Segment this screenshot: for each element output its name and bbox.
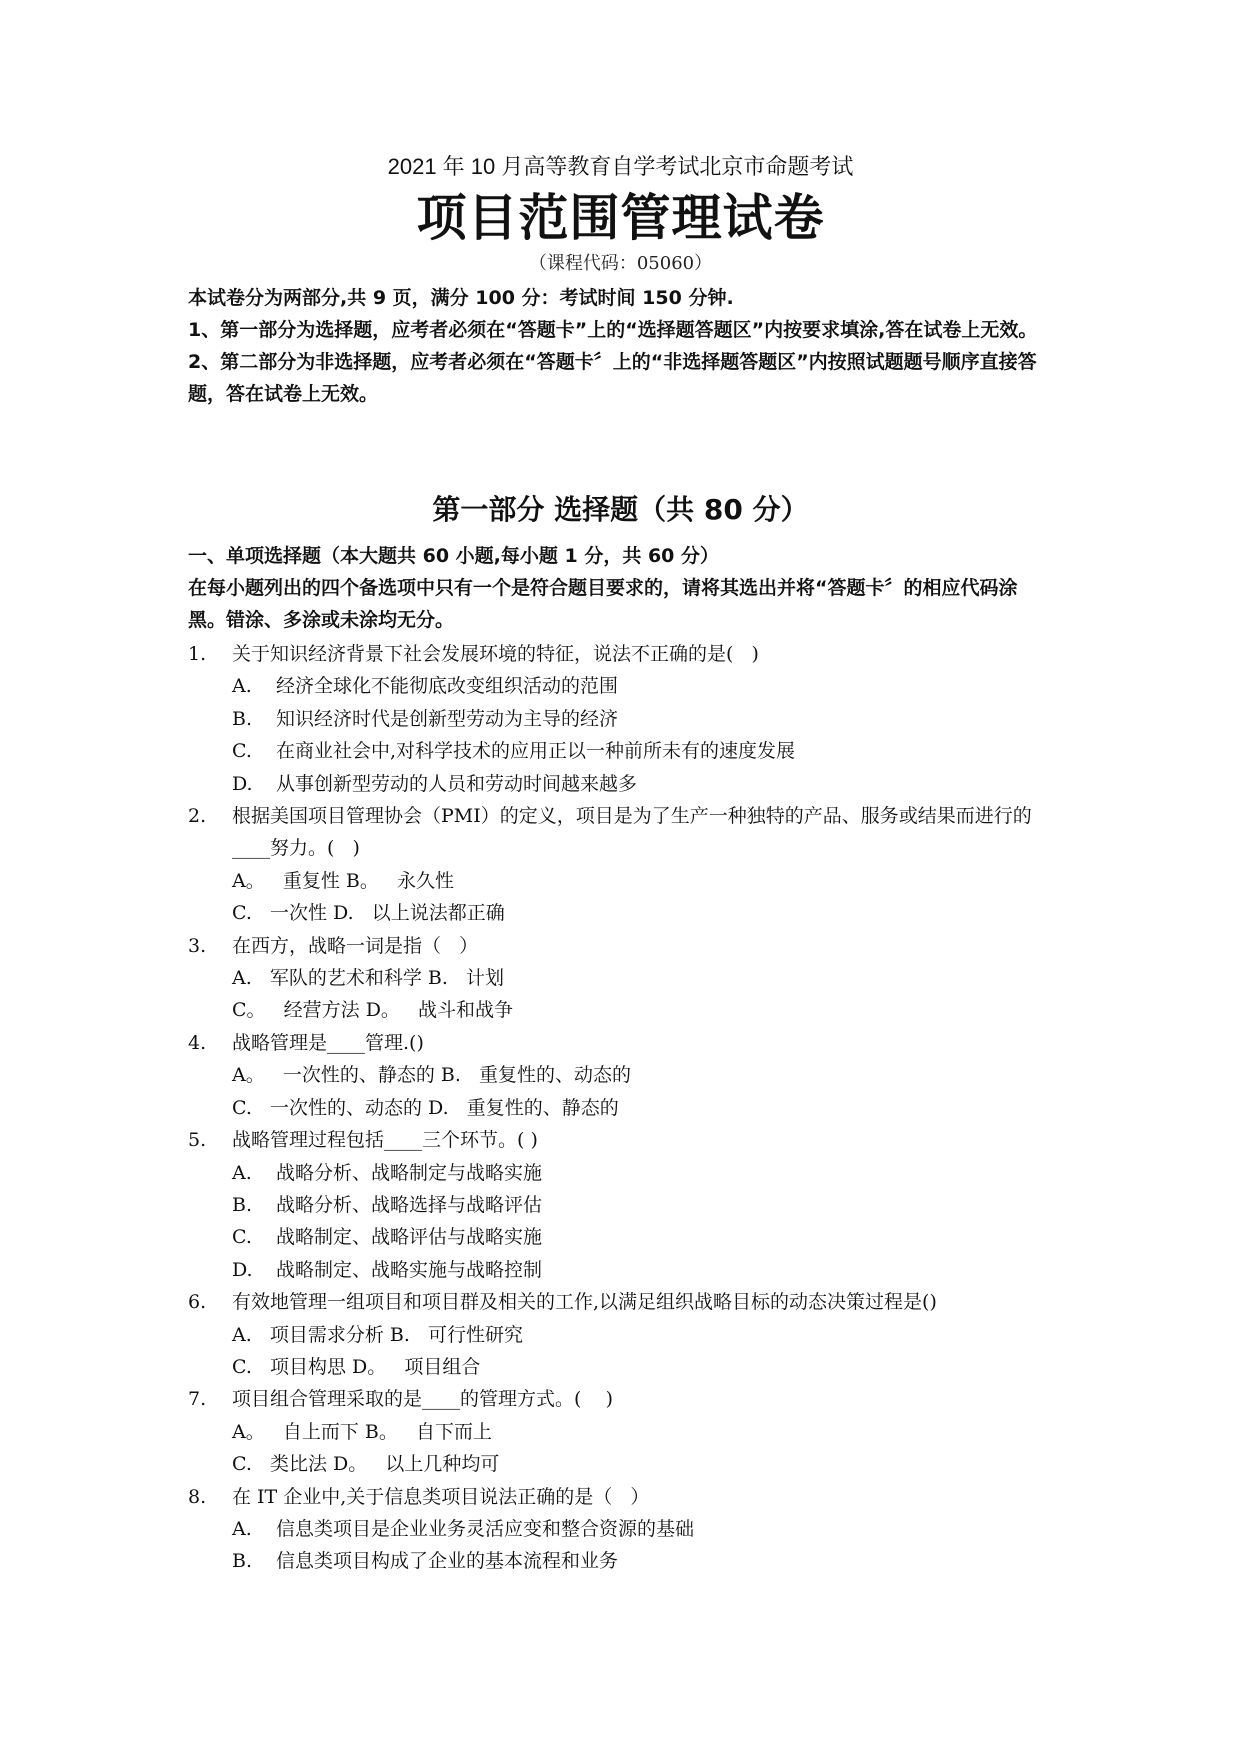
question-text: 关于知识经济背景下社会发展环境的特征，说法不正确的是( ) xyxy=(232,638,1048,670)
instruction-part-two: 2、第二部分为非选择题，应考者必须在“答题卡〞上的“非选择题答题区”内按照试题题… xyxy=(188,346,1048,410)
course-code: （课程代码：05060） xyxy=(0,250,1241,278)
option-letter: A. xyxy=(232,1513,276,1545)
section-note: 在每小题列出的四个备选项中只有一个是符合题目要求的，请将其选出并将“答题卡〞的相… xyxy=(188,572,1048,636)
option-letter: D. xyxy=(232,768,276,800)
section-heading: 一、单项选择题（本大题共 60 小题,每小题 1 分，共 60 分） xyxy=(188,540,1048,572)
option-c: C.在商业社会中,对科学技术的应用正以一种前所未有的速度发展 xyxy=(188,735,1048,767)
option-text: 战略分析、战略选择与战略评估 xyxy=(276,1189,1048,1221)
option-text: 战略分析、战略制定与战略实施 xyxy=(276,1157,1048,1189)
question-text: 有效地管理一组项目和项目群及相关的工作,以满足组织战略目标的动态决策过程是() xyxy=(232,1286,1048,1318)
option-text: 知识经济时代是创新型劳动为主导的经济 xyxy=(276,703,1048,735)
option-letter: A. xyxy=(232,670,276,702)
question-7: 7. 项目组合管理采取的是____的管理方式。( ) A。 自上而下 B。 自下… xyxy=(188,1383,1048,1480)
options-cd: C。 经营方法 D。 战斗和战争 xyxy=(188,994,1048,1026)
question-1: 1. 关于知识经济背景下社会发展环境的特征，说法不正确的是( ) A.经济全球化… xyxy=(188,638,1048,800)
option-letter: D. xyxy=(232,1254,276,1286)
options-ab: A。 自上而下 B。 自下而上 xyxy=(188,1416,1048,1448)
option-letter: B. xyxy=(232,703,276,735)
option-text: 信息类项目构成了企业的基本流程和业务 xyxy=(276,1545,1048,1577)
option-text: 经济全球化不能彻底改变组织活动的范围 xyxy=(276,670,1048,702)
option-letter: C. xyxy=(232,1221,276,1253)
question-text: 在西方，战略一词是指（ ） xyxy=(232,930,1048,962)
option-b: B.战略分析、战略选择与战略评估 xyxy=(188,1189,1048,1221)
section-one: 一、单项选择题（本大题共 60 小题,每小题 1 分，共 60 分） 在每小题列… xyxy=(188,540,1048,636)
question-number: 7. xyxy=(188,1383,232,1415)
options-ab: A。 重复性 B。 永久性 xyxy=(188,865,1048,897)
option-text: 战略制定、战略评估与战略实施 xyxy=(276,1221,1048,1253)
question-number: 8. xyxy=(188,1481,232,1513)
instruction-part-one: 1、第一部分为选择题，应考者必须在“答题卡”上的“选择题答题区”内按要求填涂,答… xyxy=(188,314,1048,346)
question-text: 项目组合管理采取的是____的管理方式。( ) xyxy=(232,1383,1048,1415)
option-a: A.经济全球化不能彻底改变组织活动的范围 xyxy=(188,670,1048,702)
option-a: A.战略分析、战略制定与战略实施 xyxy=(188,1157,1048,1189)
options-cd: C. 一次性 D. 以上说法都正确 xyxy=(188,897,1048,929)
option-b: B.知识经济时代是创新型劳动为主导的经济 xyxy=(188,703,1048,735)
question-3: 3. 在西方，战略一词是指（ ） A. 军队的艺术和科学 B. 计划 C。 经营… xyxy=(188,930,1048,1027)
option-text: 信息类项目是企业业务灵活应变和整合资源的基础 xyxy=(276,1513,1048,1545)
part-one-title: 第一部分 选择题（共 80 分） xyxy=(0,488,1241,532)
option-text: 在商业社会中,对科学技术的应用正以一种前所未有的速度发展 xyxy=(276,735,1048,767)
options-cd: C. 一次性的、动态的 D. 重复性的、静态的 xyxy=(188,1092,1048,1124)
options-ab: A。 一次性的、静态的 B. 重复性的、动态的 xyxy=(188,1059,1048,1091)
option-b: B.信息类项目构成了企业的基本流程和业务 xyxy=(188,1545,1048,1577)
instruction-overview: 本试卷分为两部分,共 9 页，满分 100 分：考试时间 150 分钟. xyxy=(188,282,1048,314)
option-letter: B. xyxy=(232,1189,276,1221)
question-text: 根据美国项目管理协会（PMI）的定义，项目是为了生产一种独特的产品、服务或结果而… xyxy=(232,800,1048,865)
option-letter: A. xyxy=(232,1157,276,1189)
options-ab: A. 军队的艺术和科学 B. 计划 xyxy=(188,962,1048,994)
question-number: 2. xyxy=(188,800,232,865)
option-d: D.战略制定、战略实施与战略控制 xyxy=(188,1254,1048,1286)
option-d: D.从事创新型劳动的人员和劳动时间越来越多 xyxy=(188,768,1048,800)
question-number: 6. xyxy=(188,1286,232,1318)
exam-page: 2021 年 10 月高等教育自学考试北京市命题考试 项目范围管理试卷 （课程代… xyxy=(0,0,1241,1754)
option-letter: B. xyxy=(232,1545,276,1577)
question-number: 1. xyxy=(188,638,232,670)
question-5: 5. 战略管理过程包括____三个环节。( ) A.战略分析、战略制定与战略实施… xyxy=(188,1124,1048,1286)
question-number: 5. xyxy=(188,1124,232,1156)
exam-subtitle: 2021 年 10 月高等教育自学考试北京市命题考试 xyxy=(0,150,1241,184)
option-c: C.战略制定、战略评估与战略实施 xyxy=(188,1221,1048,1253)
question-6: 6. 有效地管理一组项目和项目群及相关的工作,以满足组织战略目标的动态决策过程是… xyxy=(188,1286,1048,1383)
question-number: 4. xyxy=(188,1027,232,1059)
question-text: 在 IT 企业中,关于信息类项目说法正确的是（ ） xyxy=(232,1481,1048,1513)
question-list: 1. 关于知识经济背景下社会发展环境的特征，说法不正确的是( ) A.经济全球化… xyxy=(188,638,1048,1578)
options-cd: C. 类比法 D。 以上几种均可 xyxy=(188,1448,1048,1480)
option-text: 战略制定、战略实施与战略控制 xyxy=(276,1254,1048,1286)
option-a: A.信息类项目是企业业务灵活应变和整合资源的基础 xyxy=(188,1513,1048,1545)
question-2: 2. 根据美国项目管理协会（PMI）的定义，项目是为了生产一种独特的产品、服务或… xyxy=(188,800,1048,930)
question-number: 3. xyxy=(188,930,232,962)
options-ab: A. 项目需求分析 B. 可行性研究 xyxy=(188,1319,1048,1351)
question-text: 战略管理是____管理.() xyxy=(232,1027,1048,1059)
question-text: 战略管理过程包括____三个环节。( ) xyxy=(232,1124,1048,1156)
options-cd: C. 项目构思 D。 项目组合 xyxy=(188,1351,1048,1383)
question-8: 8. 在 IT 企业中,关于信息类项目说法正确的是（ ） A.信息类项目是企业业… xyxy=(188,1481,1048,1578)
exam-instructions: 本试卷分为两部分,共 9 页，满分 100 分：考试时间 150 分钟. 1、第… xyxy=(188,282,1048,410)
option-text: 从事创新型劳动的人员和劳动时间越来越多 xyxy=(276,768,1048,800)
exam-title: 项目范围管理试卷 xyxy=(0,186,1241,250)
option-letter: C. xyxy=(232,735,276,767)
question-4: 4. 战略管理是____管理.() A。 一次性的、静态的 B. 重复性的、动态… xyxy=(188,1027,1048,1124)
